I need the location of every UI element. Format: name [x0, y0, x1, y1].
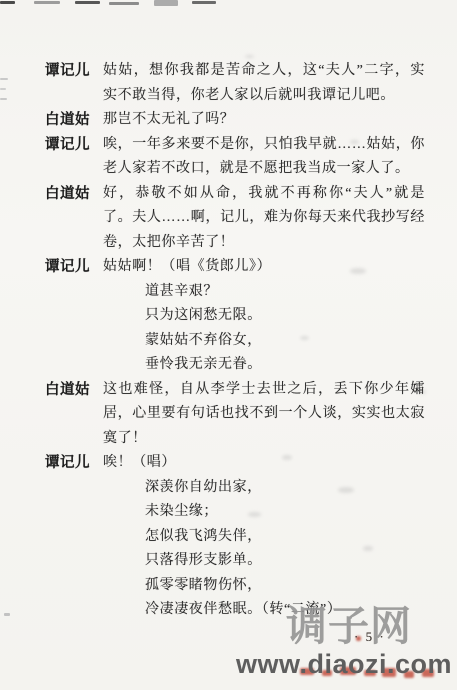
script-text-body: 谭记儿 姑姑，想你我都是苦命之人，这“夫人”二字，实 实不敢当得，你老人家以后就…: [45, 59, 445, 623]
dialogue-block: 白道姑 那岂不太无礼了吗？: [45, 108, 445, 133]
watermark-url: www.diaozi.com: [236, 649, 452, 679]
dialogue-line: 姑姑啊！（唱《货郎儿》）: [103, 255, 445, 280]
dialogue-line: 姑姑，想你我都是苦命之人，这“夫人”二字，实: [103, 59, 425, 84]
dialogue-line: 实不敢当得，你老人家以后就叫我谭记儿吧。: [103, 84, 445, 109]
scan-artifact-top: [75, 1, 100, 4]
verse-line: 道甚辛艰？: [145, 280, 445, 305]
scan-artifact-left: [0, 78, 8, 80]
dialogue-line: 那岂不太无礼了吗？: [103, 108, 445, 133]
scan-artifact-left: [0, 88, 6, 90]
scan-artifact-top: [0, 1, 15, 4]
dialogue-line: 了。夫人……啊，记儿，难为你每天来代我抄写经: [103, 206, 425, 231]
dialogue-block: 谭记儿 姑姑啊！（唱《货郎儿》） 道甚辛艰？ 只为这闲愁无限。 蒙姑姑不弃俗女，…: [45, 255, 445, 378]
dialogue-line: 老人家若不改口，就是不愿把我当成一家人了。: [103, 157, 445, 182]
dialogue-content: 那岂不太无礼了吗？: [103, 108, 445, 133]
watermark-brand: 调子网: [286, 604, 412, 648]
page-number: · 5 ·: [354, 629, 386, 645]
verse-line: 未染尘缘；: [145, 500, 445, 525]
paper-smudge: [245, 55, 254, 58]
verse-line: 怎似我飞鸿失伴，: [145, 525, 445, 550]
speaker-name: 谭记儿: [45, 59, 103, 108]
dialogue-line: 卷，太把你辛苦了！: [103, 231, 445, 256]
verse-line: 垂怜我无亲无眷。: [145, 353, 445, 378]
speaker-name: 白道姑: [45, 108, 103, 133]
dialogue-line: 居，心里要有句话也找不到一个人谈，实实也太寂: [103, 402, 425, 427]
dialogue-content: 唉！（唱） 深羡你自幼出家， 未染尘缘； 怎似我飞鸿失伴， 只落得形支影单。 孤…: [103, 451, 445, 623]
scan-artifact-top: [109, 2, 139, 5]
dialogue-block: 白道姑 这也难怪，自从李学士去世之后，丢下你少年孀 居，心里要有句话也找不到一个…: [45, 378, 445, 452]
dialogue-block: 谭记儿 唉！（唱） 深羡你自幼出家， 未染尘缘； 怎似我飞鸿失伴， 只落得形支影…: [45, 451, 445, 623]
scan-artifact-left: [4, 613, 10, 616]
verse-line: 孤零零睹物伤怀，: [145, 574, 445, 599]
verse-line: 只为这闲愁无限。: [145, 304, 445, 329]
speaker-name: 谭记儿: [45, 133, 103, 182]
speaker-name: 白道姑: [45, 182, 103, 256]
dialogue-content: 这也难怪，自从李学士去世之后，丢下你少年孀 居，心里要有句话也找不到一个人谈，实…: [103, 378, 445, 452]
dialogue-block: 谭记儿 姑姑，想你我都是苦命之人，这“夫人”二字，实 实不敢当得，你老人家以后就…: [45, 59, 445, 108]
dialogue-content: 好，恭敬不如从命，我就不再称你“夫人”就是 了。夫人……啊，记儿，难为你每天来代…: [103, 182, 445, 256]
dialogue-line: 寞了！: [103, 427, 445, 452]
verse-line: 蒙姑姑不弃俗女，: [145, 329, 445, 354]
dialogue-content: 姑姑啊！（唱《货郎儿》） 道甚辛艰？ 只为这闲愁无限。 蒙姑姑不弃俗女， 垂怜我…: [103, 255, 445, 378]
dialogue-line: 唉，一年多来要不是你，只怕我早就……姑姑，你: [103, 133, 425, 158]
dialogue-block: 白道姑 好，恭敬不如从命，我就不再称你“夫人”就是 了。夫人……啊，记儿，难为你…: [45, 182, 445, 256]
scan-artifact-left: [0, 98, 7, 100]
speaker-name: 谭记儿: [45, 255, 103, 378]
dialogue-content: 唉，一年多来要不是你，只怕我早就……姑姑，你 老人家若不改口，就是不愿把我当成一…: [103, 133, 445, 182]
scan-artifact-top: [154, 0, 178, 6]
verse-line: 深羡你自幼出家，: [145, 476, 445, 501]
dialogue-line: 唉！（唱）: [103, 451, 445, 476]
dialogue-content: 姑姑，想你我都是苦命之人，这“夫人”二字，实 实不敢当得，你老人家以后就叫我谭记…: [103, 59, 445, 108]
dialogue-line: 这也难怪，自从李学士去世之后，丢下你少年孀: [103, 378, 425, 403]
scan-artifact-top: [192, 1, 216, 4]
verse-line: 只落得形支影单。: [145, 549, 445, 574]
dialogue-line: 好，恭敬不如从命，我就不再称你“夫人”就是: [103, 182, 425, 207]
speaker-name: 白道姑: [45, 378, 103, 452]
dialogue-block: 谭记儿 唉，一年多来要不是你，只怕我早就……姑姑，你 老人家若不改口，就是不愿把…: [45, 133, 445, 182]
speaker-name: 谭记儿: [45, 451, 103, 623]
scan-artifact-top: [34, 1, 60, 4]
